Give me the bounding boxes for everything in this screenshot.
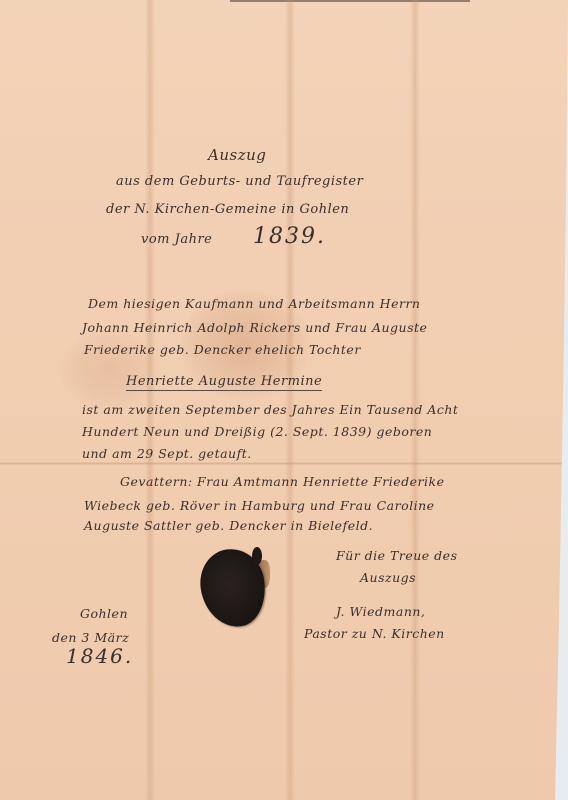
document-title: Auszug — [208, 146, 266, 164]
document-paper: Auszug aus dem Geburts- und Taufregister… — [0, 0, 568, 800]
body-line-9: Wiebeck geb. Röver in Hamburg und Frau C… — [84, 498, 435, 513]
child-name: Henriette Auguste Hermine — [126, 374, 322, 391]
body-line-2: Johann Heinrich Adolph Rickers und Frau … — [82, 320, 427, 335]
fold-line-vertical — [285, 0, 295, 800]
body-line-3: Friederike geb. Dencker ehelich Tochter — [84, 342, 361, 357]
header-line-3-prefix: vom Jahre — [141, 232, 212, 247]
wax-seal-knob — [252, 547, 262, 565]
body-line-5: ist am zweiten September des Jahres Ein … — [82, 402, 458, 417]
header-line-2: der N. Kirchen-Gemeine in Gohlen — [106, 202, 349, 217]
body-line-8: Gevattern: Frau Amtmann Henriette Friede… — [120, 474, 444, 489]
body-line-7: und am 29 Sept. getauft. — [82, 446, 252, 461]
scan-shadow — [230, 0, 470, 2]
fold-line-vertical — [145, 0, 155, 800]
fold-line-vertical — [410, 0, 420, 800]
fold-line-horizontal — [0, 462, 568, 465]
issue-year: 1846. — [66, 644, 133, 668]
header-line-1: aus dem Geburts- und Taufregister — [116, 174, 363, 189]
date: den 3 März — [52, 630, 129, 645]
attestation-line-1: Für die Treue des — [336, 548, 458, 563]
body-line-10: Auguste Sattler geb. Dencker in Bielefel… — [84, 518, 373, 533]
body-line-6: Hundert Neun und Dreißig (2. Sept. 1839)… — [82, 424, 432, 439]
pastor-signature: J. Wiedmann, — [336, 604, 425, 619]
register-year: 1839. — [253, 224, 326, 249]
place: Gohlen — [80, 606, 128, 621]
pastor-title: Pastor zu N. Kirchen — [304, 626, 445, 641]
attestation-line-2: Auszugs — [360, 570, 416, 585]
body-line-1: Dem hiesigen Kaufmann und Arbeitsmann He… — [88, 296, 420, 311]
